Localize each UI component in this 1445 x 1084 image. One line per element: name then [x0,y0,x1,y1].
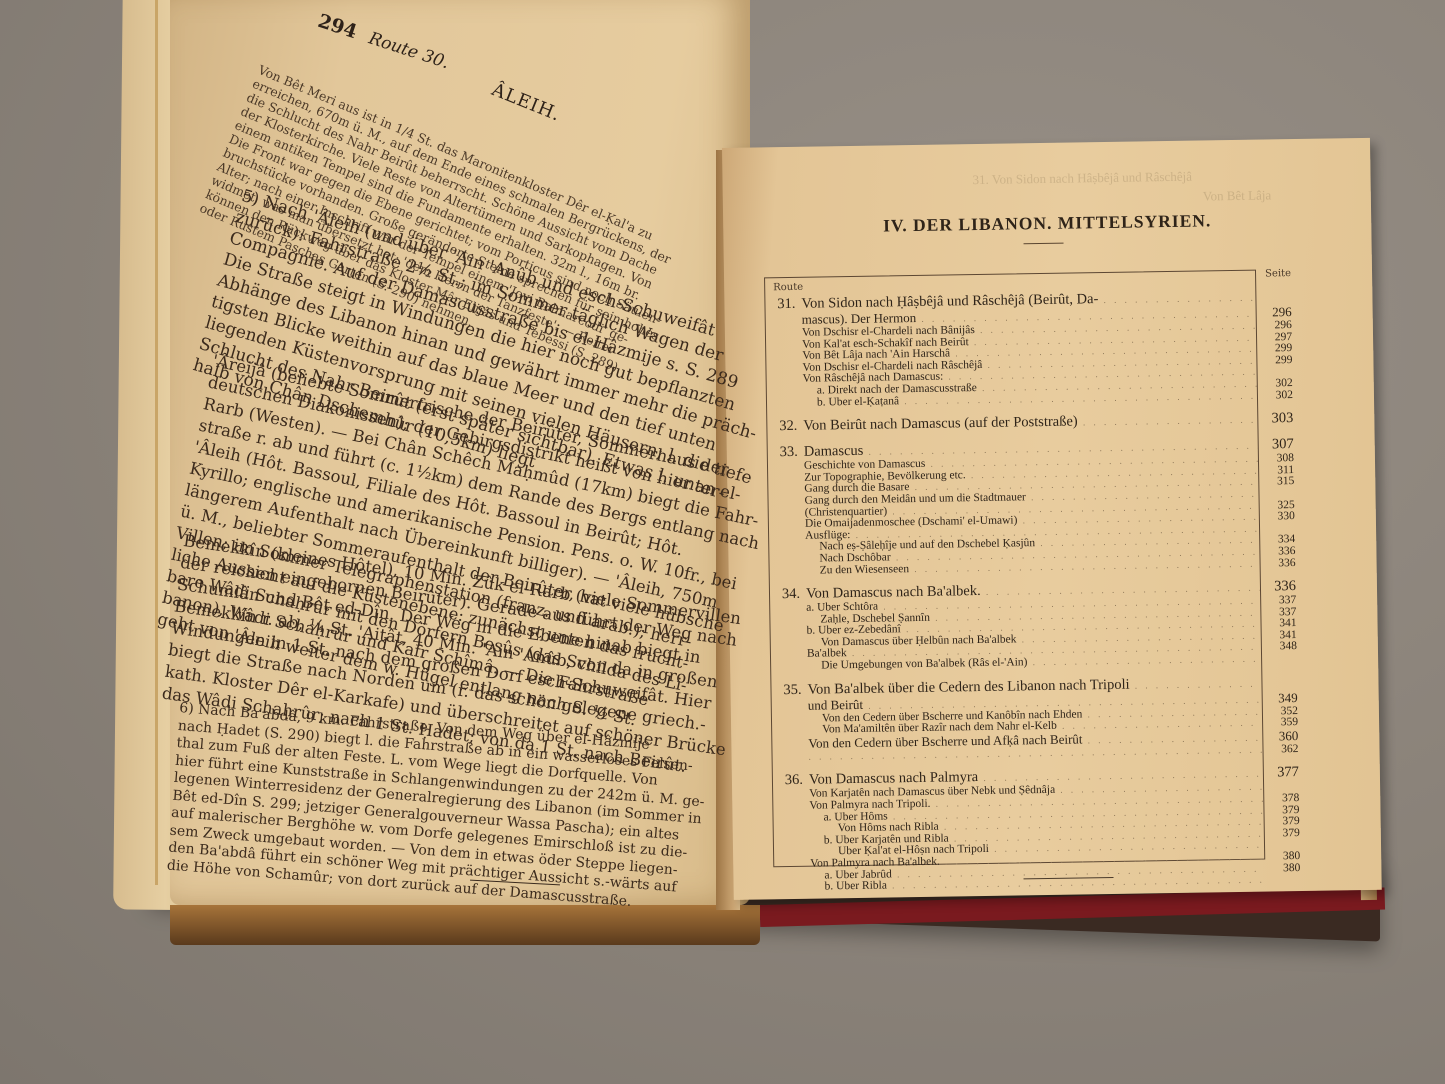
route-number: 36. [773,772,809,789]
toc-header-route: Route [773,282,803,293]
show-through-text: 31. Von Sidon nach Hâṣbêjâ und Râschêjâ [972,169,1192,188]
route-number: 31. [765,296,801,313]
page-ref: 330 [1261,511,1295,523]
page-ref [1263,674,1297,675]
page-ref [1257,288,1291,289]
page-ref: 336 [1262,558,1296,570]
page-ref: 360 [1264,729,1298,744]
page-ref: 380 [1266,863,1300,875]
page-ref: 303 [1259,410,1293,427]
page-ref: 299 [1258,355,1292,367]
toc-list: 31.Von Sidon nach Ḥâṣbêjâ und Râschêjâ (… [765,287,1264,894]
page-ref [1265,781,1299,782]
page-ref: 379 [1266,828,1300,840]
route-number: 35. [771,681,807,698]
page-ref: 377 [1265,764,1299,781]
page-ref: 296 [1258,305,1292,320]
route-number: 32. [767,418,803,435]
show-through-text: Von Bêt Lâja [1203,187,1272,204]
page-ref: 336 [1262,578,1296,595]
table-of-contents: Route Seite 31.Von Sidon nach Ḥâṣbêjâ un… [764,270,1265,868]
page-ref: 315 [1260,476,1294,488]
page-ref: 362 [1264,744,1298,756]
route-number: 33. [768,444,804,461]
page-ref: 302 [1259,390,1293,402]
page-ref: 349 [1264,691,1298,706]
page-ref: 307 [1260,436,1294,453]
toc-header-seite: Seite [1265,268,1291,279]
title-rule [1024,243,1064,245]
page-ref: 348 [1263,642,1297,654]
route-number: 34. [770,586,806,603]
right-page-content: 31. Von Sidon nach Hâṣbêjâ und Râschêjâ … [722,138,1382,900]
chapter-title: IV. DER LIBANON. MITTELSYRIEN. [723,208,1371,239]
